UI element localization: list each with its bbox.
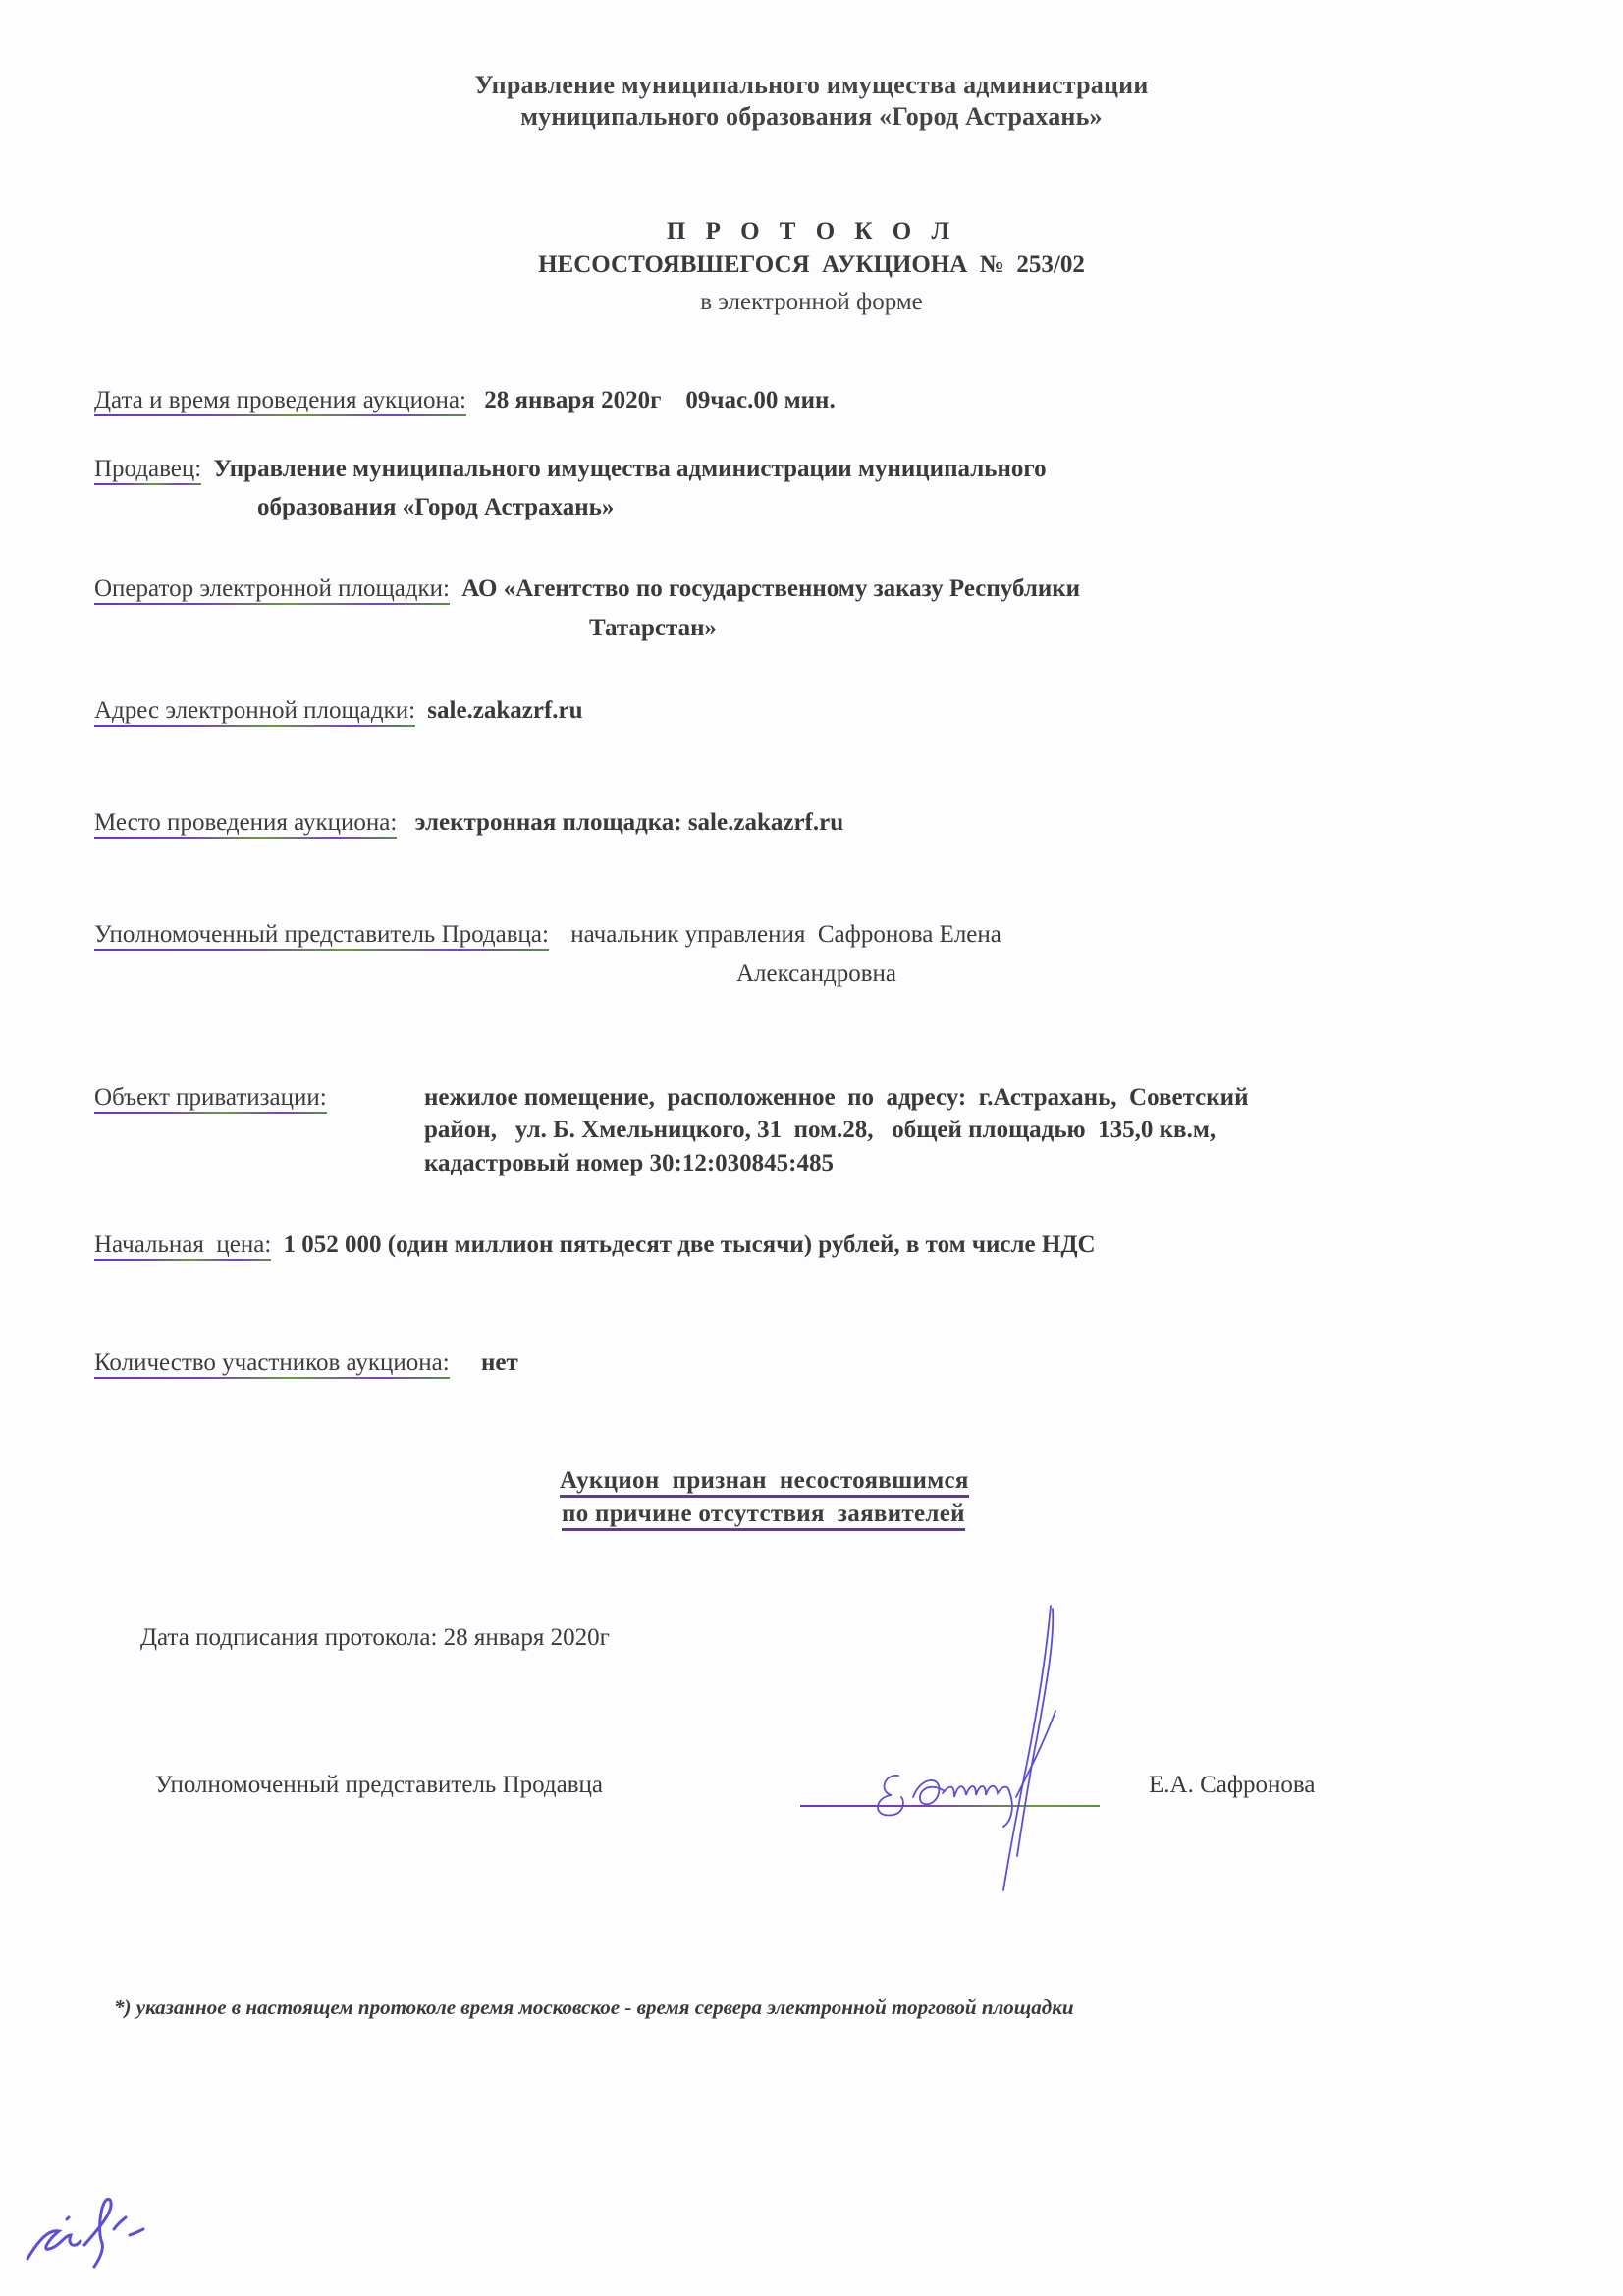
- verdict-line2-wrap: по причине отсутствия заявителей: [562, 1501, 965, 1528]
- field-participants-value: нет: [481, 1349, 518, 1376]
- field-participants: Количество участников аукциона: нет: [94, 1349, 518, 1377]
- field-price: Начальная цена: 1 052 000 (один миллион …: [94, 1231, 1096, 1259]
- protocol-subtitle: НЕСОСТОЯВШЕГОСЯ АУКЦИОНА № 253/02: [0, 251, 1623, 279]
- field-object-label: Объект приватизации:: [94, 1084, 327, 1114]
- field-object-value-line2: район, ул. Б. Хмельницкого, 31 пом.28, о…: [424, 1117, 1216, 1144]
- field-datetime-label: Дата и время проведения аукциона:: [94, 387, 466, 416]
- verdict-line2: по причине отсутствия заявителей: [562, 1501, 965, 1531]
- org-header-line1: Управление муниципального имущества адми…: [0, 71, 1623, 100]
- footnote: *) указанное в настоящем протоколе время…: [114, 1995, 1074, 2020]
- field-place-value: электронная площадка: sale.zakazrf.ru: [415, 809, 844, 836]
- field-place-label: Место проведения аукциона:: [94, 809, 397, 839]
- field-seller-value-line1: Управление муниципального имущества адми…: [213, 456, 1046, 482]
- signing-date: Дата подписания протокола: 28 января 202…: [140, 1624, 610, 1652]
- initials-mark-icon: [20, 2190, 147, 2278]
- field-place: Место проведения аукциона: электронная п…: [94, 809, 843, 837]
- field-seller-value-line2: образования «Город Астрахань»: [257, 494, 614, 521]
- field-address-label: Адрес электронной площадки:: [94, 697, 415, 727]
- field-operator-value-line1: АО «Агентство по государственному заказу…: [461, 575, 1080, 602]
- protocol-form: в электронной форме: [0, 289, 1623, 316]
- field-participants-label: Количество участников аукциона:: [94, 1349, 450, 1379]
- field-operator-value-line2: Татарстан»: [589, 615, 717, 642]
- field-address-value: sale.zakazrf.ru: [427, 697, 582, 724]
- org-header-line2: муниципального образования «Город Астрах…: [0, 102, 1623, 132]
- field-datetime-value: 28 января 2020г 09час.00 мин.: [484, 387, 836, 413]
- field-operator: Оператор электронной площадки: АО «Агент…: [94, 575, 1080, 603]
- field-price-value: 1 052 000 (один миллион пятьдесят две ты…: [284, 1231, 1096, 1258]
- field-object: Объект приватизации:: [94, 1084, 327, 1112]
- field-representative-label: Уполномоченный представитель Продавца:: [94, 921, 549, 951]
- field-datetime: Дата и время проведения аукциона: 28 янв…: [94, 387, 836, 414]
- field-representative-value-line2: Александровна: [736, 960, 896, 988]
- field-seller: Продавец: Управление муниципального имущ…: [94, 456, 1047, 483]
- field-price-label: Начальная цена:: [94, 1231, 271, 1261]
- field-representative-value-line1: начальник управления Сафронова Елена: [570, 921, 1001, 948]
- field-representative: Уполномоченный представитель Продавца: н…: [94, 921, 1001, 949]
- field-address: Адрес электронной площадки: sale.zakazrf…: [94, 697, 583, 725]
- field-object-value-line3: кадастровый номер 30:12:030845:485: [424, 1150, 834, 1177]
- signing-rep-name: Е.А. Сафронова: [1149, 1772, 1316, 1799]
- field-operator-label: Оператор электронной площадки:: [94, 575, 450, 605]
- field-object-value-line1: нежилое помещение, расположенное по адре…: [424, 1084, 1248, 1112]
- field-seller-label: Продавец:: [94, 456, 201, 485]
- protocol-title: П Р О Т О К О Л: [0, 218, 1623, 246]
- signing-rep-label: Уполномоченный представитель Продавца: [155, 1772, 603, 1799]
- verdict-line1: Аукцион признан несостоявшимся: [560, 1467, 969, 1498]
- verdict-line1-wrap: Аукцион признан несостоявшимся: [560, 1467, 969, 1495]
- handwritten-signature-icon: [844, 1601, 1139, 1895]
